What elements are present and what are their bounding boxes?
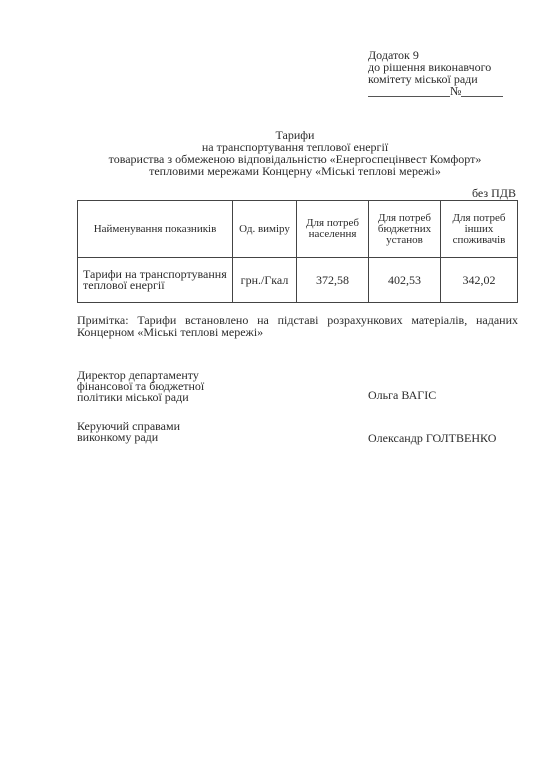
- appendix-block: Додаток 9 до рішення виконавчого комітет…: [368, 49, 503, 97]
- cell-budget: 402,53: [369, 258, 441, 303]
- cell-indicator-name: Тарифи на транспортування теплової енерг…: [78, 258, 233, 303]
- signature-name-2: Олександр ГОЛТВЕНКО: [368, 431, 496, 446]
- position-line: політики міської ради: [77, 392, 204, 403]
- cell-unit: грн./Гкал: [233, 258, 297, 303]
- vat-note: без ПДВ: [472, 186, 516, 201]
- header-other: Для потреб інших споживачів: [441, 201, 518, 258]
- header-budget: Для потреб бюджетних установ: [369, 201, 441, 258]
- appendix-committee: комітету міської ради: [368, 73, 503, 85]
- number-sign: №: [450, 84, 461, 98]
- document-title: Тарифи на транспортування теплової енерг…: [70, 129, 520, 177]
- signature-position-2: Керуючий справами виконкому ради: [77, 421, 180, 443]
- header-population: Для потреб населення: [297, 201, 369, 258]
- appendix-date-number-line: №: [368, 85, 503, 97]
- date-blank-line: [368, 86, 430, 97]
- note-text: Примітка: Тарифи встановлено на підставі…: [77, 314, 518, 338]
- number-blank-line: [461, 86, 503, 97]
- title-subtitle-3: тепловими мережами Концерну «Міські тепл…: [70, 165, 520, 177]
- table-header-row: Найменування показників Од. виміру Для п…: [78, 201, 518, 258]
- date-blank-line-2: [430, 86, 450, 97]
- header-indicator-name: Найменування показників: [78, 201, 233, 258]
- signature-name-1: Ольга ВАГІС: [368, 388, 436, 403]
- cell-other: 342,02: [441, 258, 518, 303]
- tariffs-table: Найменування показників Од. виміру Для п…: [77, 200, 518, 303]
- position-line: виконкому ради: [77, 432, 180, 443]
- signature-position-1: Директор департаменту фінансової та бюдж…: [77, 370, 204, 403]
- table-row: Тарифи на транспортування теплової енерг…: [78, 258, 518, 303]
- cell-population: 372,58: [297, 258, 369, 303]
- header-unit: Од. виміру: [233, 201, 297, 258]
